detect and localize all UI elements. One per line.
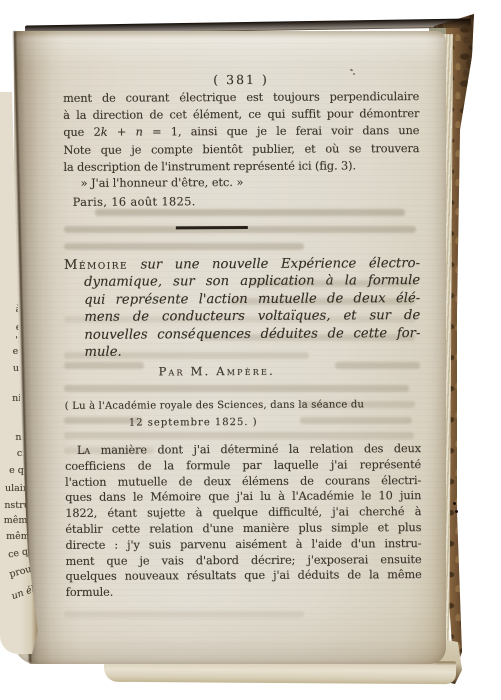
closing-salutation: » J'ai l'honneur d'être, etc. » [64, 175, 420, 190]
text-line: la description de l'instrument représent… [63, 157, 419, 176]
text-line: formule. [66, 583, 422, 601]
text-line: ment que je vais d'abord décrire; j'expo… [66, 552, 422, 570]
text-line: ment de courant électrique est toujours … [63, 88, 419, 107]
text-line: coefficiens de la formule par laquelle j… [65, 457, 421, 475]
title-text: sur une nouvelle Expérience électro- [128, 256, 420, 273]
text-line: établir cette relation d'une manière plu… [65, 520, 421, 538]
text: manière dont j'ai déterminé la relation … [90, 442, 421, 457]
body-paragraph: La manière dont j'ai déterminé la relati… [65, 441, 422, 601]
title-line: nouvelles conséquences déduites de cette… [64, 325, 420, 344]
formula-suffix: = 1, ainsi que je le ferai voir dans une [143, 124, 420, 138]
memoir-word: Mémoire [64, 258, 128, 273]
text-line: La manière dont j'ai déterminé la relati… [65, 441, 421, 459]
text-line: 1822, étant sujette à quelque difficulté… [65, 504, 421, 522]
text-line: ques dans le Mémoire que j'ai lu à l'Aca… [65, 488, 421, 506]
section-rule [176, 226, 248, 229]
title-line: mule. [64, 342, 420, 361]
book-photo: e e u c- la r, à le es- ées du à le e le… [0, 0, 501, 700]
cover-speck [453, 502, 456, 505]
intro-paragraph: ment de courant électrique est toujours … [63, 88, 419, 176]
presentation-note: ( Lu à l'Académie royale des Sciences, d… [65, 396, 421, 432]
text-line: directe : j'y suis parvenu aisément à l'… [65, 536, 421, 554]
title-line: mens de conducteurs voltaïques, et sur d… [64, 307, 420, 326]
page-number: ( 381 ) [63, 71, 419, 88]
text-line: l'action mutuelle de deux élémens de cou… [65, 473, 421, 491]
author-byline: Par M. Ampère. [159, 363, 501, 379]
text-line: Note que je compte bientôt publier, et o… [63, 140, 419, 159]
title-line: Mémoire sur une nouvelle Expérience élec… [64, 255, 420, 274]
text-line: à la direction de cet élément, ce qui su… [63, 105, 419, 124]
lead-smallcaps: La [77, 444, 90, 457]
note-line: ( Lu à l'Académie royale des Sciences, d… [65, 396, 421, 415]
formula-prefix: que 2 [63, 126, 100, 139]
memoir-title: Mémoire sur une nouvelle Expérience élec… [64, 255, 421, 361]
note-line: 12 septembre 1825. ) [129, 413, 421, 432]
title-line: dynamique, sur son application à la form… [64, 272, 420, 291]
text-line-formula: que 2k + n = 1, ainsi que je le ferai vo… [63, 122, 419, 141]
dateline: Paris, 16 août 1825. [64, 194, 420, 209]
title-line: qui représente l'action mutuelle de deux… [64, 290, 420, 309]
text-line: quelques nouveaux résultats que j'ai déd… [66, 567, 422, 585]
cover-speck [455, 510, 458, 513]
formula-plus: + [107, 126, 135, 139]
